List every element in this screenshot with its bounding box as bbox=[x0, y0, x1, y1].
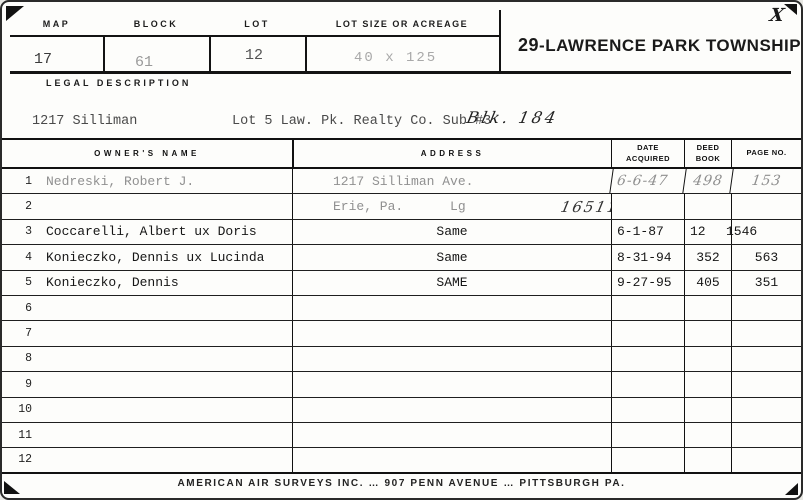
row-number: 3 bbox=[2, 220, 36, 244]
owners-name-column-header: OWNER'S NAME bbox=[2, 140, 292, 167]
owner-name bbox=[36, 296, 292, 320]
page-no bbox=[731, 372, 801, 396]
row-number: 4 bbox=[2, 245, 36, 269]
owner-address: 1217 Silliman Ave. bbox=[292, 169, 611, 193]
row-number: 5 bbox=[2, 271, 36, 295]
township-title: 29-LAWRENCE PARK TOWNSHIP bbox=[518, 35, 801, 56]
page-no bbox=[731, 347, 801, 371]
township-number: 29 bbox=[518, 35, 539, 55]
row-number: 7 bbox=[2, 321, 36, 345]
page-no bbox=[731, 423, 801, 447]
parcel-box-divider bbox=[305, 35, 307, 71]
owners-table: OWNER'S NAME ADDRESS DATE ACQUIRED DEED … bbox=[2, 138, 801, 474]
page-no-column-header: PAGE NO. bbox=[731, 140, 801, 167]
property-record-card: MAP BLOCK LOT LOT SIZE OR ACREAGE 17 61 … bbox=[0, 0, 803, 500]
deed-book: 405 bbox=[684, 271, 731, 295]
lot-size-label: LOT SIZE OR ACREAGE bbox=[305, 19, 499, 29]
owner-address: Same bbox=[292, 220, 611, 244]
parcel-box-divider bbox=[499, 10, 501, 71]
owner-address: SAME bbox=[292, 271, 611, 295]
owner-name: Konieczko, Dennis bbox=[36, 271, 292, 295]
date-acquired bbox=[611, 347, 684, 371]
table-row: 4 Konieczko, Dennis ux Lucinda Same 8-31… bbox=[2, 245, 801, 270]
legal-description-handwritten: Blk. 184 bbox=[465, 108, 560, 127]
owners-table-header: OWNER'S NAME ADDRESS DATE ACQUIRED DEED … bbox=[2, 138, 801, 169]
date-acquired-column-header: DATE ACQUIRED bbox=[611, 140, 684, 167]
address-column-header: ADDRESS bbox=[292, 140, 611, 167]
table-row: 10 bbox=[2, 398, 801, 423]
scan-corner-mark-top-right bbox=[784, 4, 797, 15]
owner-name: Coccarelli, Albert ux Doris bbox=[36, 220, 292, 244]
table-row: 8 bbox=[2, 347, 801, 372]
table-row: 5 Konieczko, Dennis SAME 9-27-95 405 351 bbox=[2, 271, 801, 296]
block-label: BLOCK bbox=[103, 19, 209, 29]
deed-book-column-header: DEED BOOK bbox=[684, 140, 731, 167]
owner-address: Same bbox=[292, 245, 611, 269]
parcel-box-bottom-rule bbox=[10, 71, 791, 74]
page-no: 351 bbox=[731, 271, 801, 295]
deed-book bbox=[684, 372, 731, 396]
owner-address bbox=[292, 423, 611, 447]
page-no: 563 bbox=[731, 245, 801, 269]
owner-address bbox=[292, 448, 611, 471]
date-acquired bbox=[611, 296, 684, 320]
page-no: 153 bbox=[729, 169, 802, 193]
date-acquired: 6-1-87 bbox=[611, 220, 684, 244]
parcel-box-divider bbox=[103, 35, 105, 71]
owner-address bbox=[292, 372, 611, 396]
row-number: 6 bbox=[2, 296, 36, 320]
row-number: 8 bbox=[2, 347, 36, 371]
deed-book: 12 bbox=[684, 220, 731, 244]
table-row: 12 bbox=[2, 448, 801, 473]
owner-address bbox=[292, 321, 611, 345]
parcel-box-top-rule bbox=[10, 35, 499, 37]
deed-book bbox=[684, 321, 731, 345]
owner-name: Konieczko, Dennis ux Lucinda bbox=[36, 245, 292, 269]
legal-description-street: 1217 Silliman bbox=[32, 114, 137, 129]
page-no bbox=[731, 398, 801, 422]
lot-value: 12 bbox=[245, 47, 263, 64]
row-number: 12 bbox=[2, 448, 36, 471]
table-row: 3 Coccarelli, Albert ux Doris Same 6-1-8… bbox=[2, 220, 801, 245]
deed-book bbox=[684, 194, 731, 218]
owner-name bbox=[36, 423, 292, 447]
map-value: 17 bbox=[34, 51, 52, 68]
page-no bbox=[731, 296, 801, 320]
table-row: 9 bbox=[2, 372, 801, 397]
page-no bbox=[731, 194, 801, 218]
owner-name bbox=[36, 398, 292, 422]
lot-label: LOT bbox=[209, 19, 305, 29]
lot-size-value: 40 x 125 bbox=[354, 50, 437, 66]
owner-address bbox=[292, 398, 611, 422]
table-row: 2 Erie, Pa. Lg 16511 bbox=[2, 194, 801, 219]
legal-description-label: LEGAL DESCRIPTION bbox=[46, 78, 191, 88]
owner-name bbox=[36, 448, 292, 471]
deed-book bbox=[684, 448, 731, 471]
row-number: 1 bbox=[2, 169, 36, 193]
legal-description-subdivision: Lot 5 Law. Pk. Realty Co. Sub #3 bbox=[232, 114, 491, 129]
township-name: -LAWRENCE PARK TOWNSHIP bbox=[539, 36, 801, 55]
date-acquired: 6-6-47 bbox=[609, 169, 685, 193]
date-acquired: 9-27-95 bbox=[611, 271, 684, 295]
date-acquired bbox=[611, 372, 684, 396]
owner-address: Erie, Pa. Lg 16511 bbox=[292, 194, 611, 218]
owner-name bbox=[36, 194, 292, 218]
date-acquired bbox=[611, 448, 684, 471]
row-number: 11 bbox=[2, 423, 36, 447]
date-acquired: 8-31-94 bbox=[611, 245, 684, 269]
deed-book bbox=[684, 423, 731, 447]
page-no-value: 1546 bbox=[726, 224, 757, 239]
deed-book bbox=[684, 296, 731, 320]
table-row: 11 bbox=[2, 423, 801, 448]
owner-name: Nedreski, Robert J. bbox=[36, 169, 292, 193]
handwritten-zip: 16511 bbox=[559, 198, 611, 216]
owner-name bbox=[36, 372, 292, 396]
row-number: 9 bbox=[2, 372, 36, 396]
date-acquired bbox=[611, 321, 684, 345]
page-no bbox=[731, 321, 801, 345]
table-row: 6 bbox=[2, 296, 801, 321]
table-row: 7 bbox=[2, 321, 801, 346]
parcel-box-divider bbox=[209, 35, 211, 71]
owner-name bbox=[36, 321, 292, 345]
map-label: MAP bbox=[10, 19, 103, 29]
handwritten-x-annotation: X bbox=[768, 5, 786, 26]
date-acquired bbox=[611, 423, 684, 447]
page-no: 1546 bbox=[731, 220, 801, 244]
owner-address-typed: Erie, Pa. Lg bbox=[333, 199, 466, 214]
block-value: 61 bbox=[135, 54, 153, 71]
deed-book bbox=[684, 347, 731, 371]
owner-address bbox=[292, 296, 611, 320]
surveyor-credit: AMERICAN AIR SURVEYS INC. … 907 PENN AVE… bbox=[2, 478, 801, 489]
row-number: 10 bbox=[2, 398, 36, 422]
deed-book: 352 bbox=[684, 245, 731, 269]
date-acquired bbox=[611, 398, 684, 422]
row-number: 2 bbox=[2, 194, 36, 218]
page-no bbox=[731, 448, 801, 471]
owner-name bbox=[36, 347, 292, 371]
deed-book bbox=[684, 398, 731, 422]
date-acquired bbox=[611, 194, 684, 218]
owner-address bbox=[292, 347, 611, 371]
table-row: 1 Nedreski, Robert J. 1217 Silliman Ave.… bbox=[2, 169, 801, 194]
deed-book: 498 bbox=[682, 169, 732, 193]
